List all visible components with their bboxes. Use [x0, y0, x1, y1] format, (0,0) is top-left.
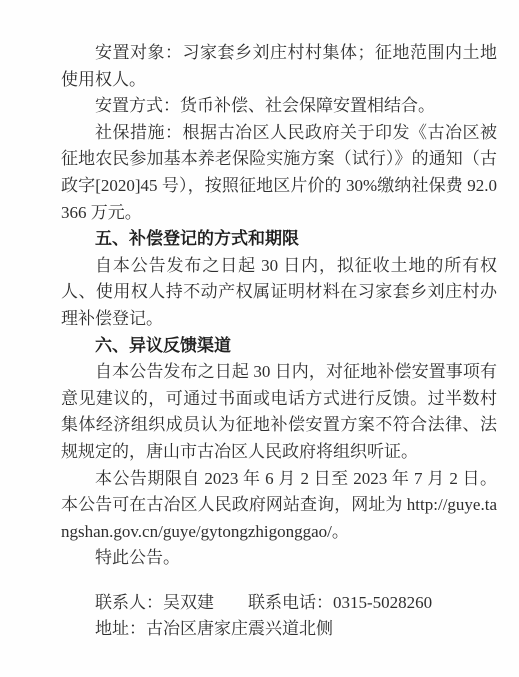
contact-address-row: 地址：古冶区唐家庄震兴道北侧 [61, 616, 497, 643]
contact-person-value: 吴双建 [163, 593, 214, 612]
paragraph: 社保措施：根据古冶区人民政府关于印发《古冶区被征地农民参加基本养老保险实施方案（… [61, 120, 497, 226]
scanned-announcement-page: 安置对象：习家套乡刘庄村村集体；征地范围内土地使用权人。安置方式：货币补偿、社会… [0, 0, 519, 677]
contact-person-row: 联系人：吴双建联系电话：0315-5028260 [61, 590, 497, 617]
paragraph: 自本公告发布之日起 30 日内，拟征收土地的所有权人、使用权人持不动产权属证明材… [61, 253, 497, 333]
contact-address-label: 地址： [95, 619, 146, 638]
paragraph: 安置对象：习家套乡刘庄村村集体；征地范围内土地使用权人。 [61, 40, 497, 93]
paragraph: 自本公告发布之日起 30 日内，对征地补偿安置事项有意见建议的，可通过书面或电话… [61, 359, 497, 465]
paragraph: 安置方式：货币补偿、社会保障安置相结合。 [61, 93, 497, 120]
contact-block: 联系人：吴双建联系电话：0315-5028260 地址：古冶区唐家庄震兴道北侧 [61, 590, 497, 643]
paragraph: 特此公告。 [61, 545, 497, 572]
section-heading: 五、补偿登记的方式和期限 [61, 226, 497, 253]
contact-person-label: 联系人： [95, 593, 163, 612]
section-heading: 六、异议反馈渠道 [61, 333, 497, 360]
contact-phone-label: 联系电话： [248, 593, 333, 612]
announcement-body: 安置对象：习家套乡刘庄村村集体；征地范围内土地使用权人。安置方式：货币补偿、社会… [61, 40, 497, 643]
paragraph-list: 安置对象：习家套乡刘庄村村集体；征地范围内土地使用权人。安置方式：货币补偿、社会… [61, 40, 497, 572]
contact-address-value: 古冶区唐家庄震兴道北侧 [146, 619, 333, 638]
paragraph: 本公告期限自 2023 年 6 月 2 日至 2023 年 7 月 2 日。本公… [61, 466, 497, 546]
contact-phone-value: 0315-5028260 [333, 593, 432, 612]
